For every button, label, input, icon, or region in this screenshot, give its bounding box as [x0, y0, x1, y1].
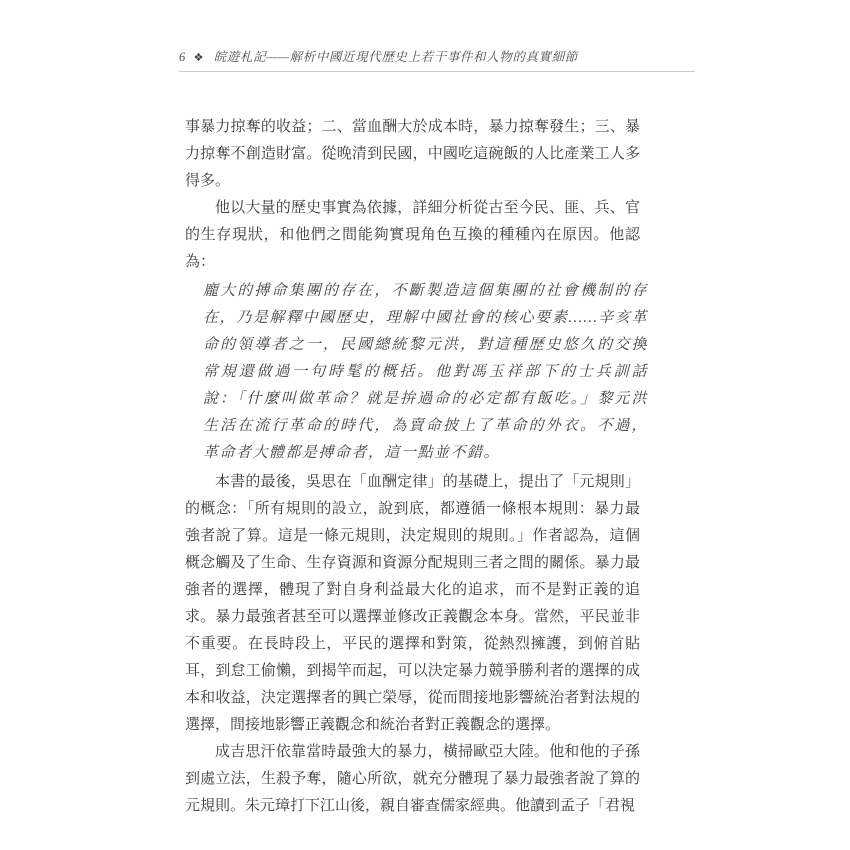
- page-body: 事暴力掠奪的收益；二、當血酬大於成本時，暴力掠奪發生；三、暴力掠奪不創造財富。從…: [185, 114, 640, 820]
- running-header-title: 皖遊札記——解析中國近現代歷史上若干事件和人物的真實細節: [214, 50, 578, 64]
- diamond-ornament-icon: ❖: [194, 52, 204, 64]
- paragraph-genghis-khan: 成吉思汗依靠當時最強大的暴力，橫掃歐亞大陸。他和他的子孫到處立法，生殺予奪，隨心…: [185, 739, 640, 820]
- paragraph-blood-reward-continuation: 事暴力掠奪的收益；二、當血酬大於成本時，暴力掠奪發生；三、暴力掠奪不創造財富。從…: [185, 114, 640, 195]
- running-header: 6 ❖ 皖遊札記——解析中國近現代歷史上若干事件和人物的真實細節: [179, 47, 695, 72]
- paragraph-historical-analysis: 他以大量的歷史事實為依據，詳細分析從古至今民、匪、兵、官的生存現狀，和他們之間能…: [185, 195, 640, 276]
- page-number: 6: [179, 50, 186, 64]
- paragraph-meta-rules: 本書的最後，吳思在「血酬定律」的基礎上，提出了「元規則」的概念：「所有規則的設立…: [185, 469, 640, 739]
- block-quote-li-yuanhong: 龐大的搏命集團的存在，不斷製造這個集團的社會機制的存在，乃是解釋中國歷史，理解中…: [203, 278, 648, 467]
- book-page: 6 ❖ 皖遊札記——解析中國近現代歷史上若干事件和人物的真實細節 事暴力掠奪的收…: [0, 0, 850, 850]
